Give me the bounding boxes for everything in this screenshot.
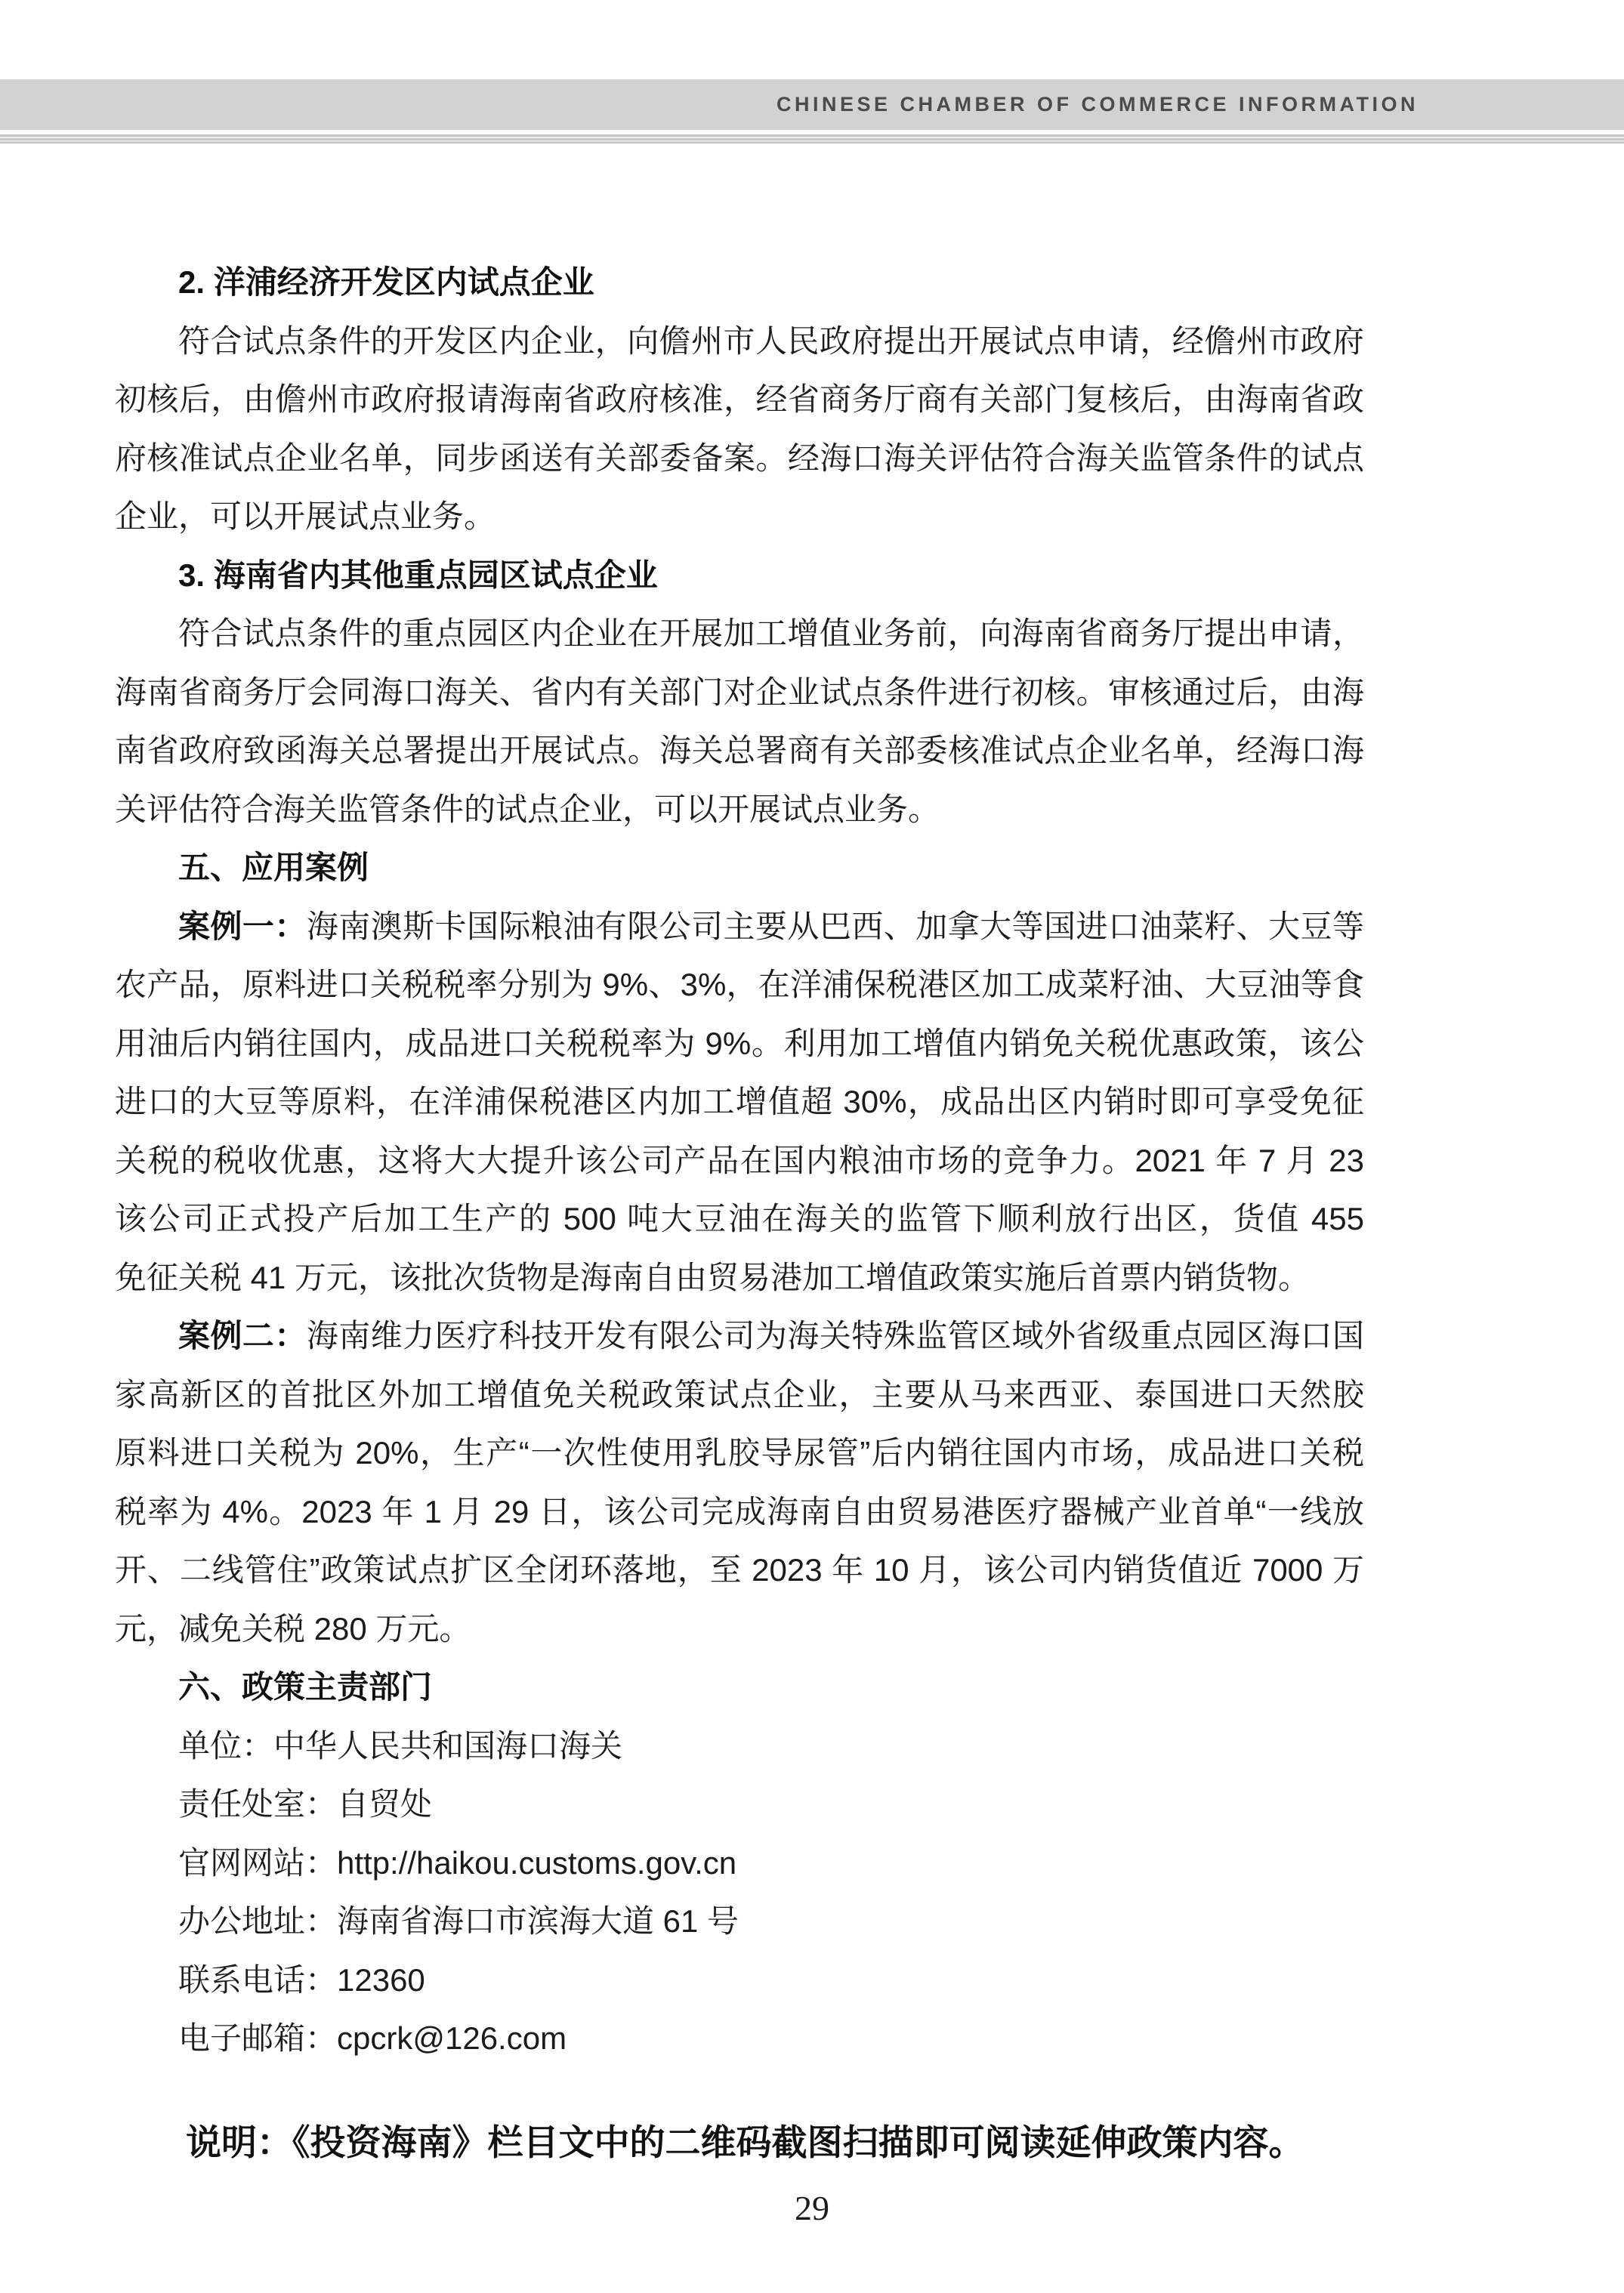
- text-segment: 海南维力医疗科技开发有限公司为海关特殊监管区域外省级重点园区海口国: [307, 1318, 1364, 1353]
- text-segment: 符合试点条件的重点园区内企业在开展加工增值业务前，向海南省商务厅提出申请，: [178, 616, 1364, 651]
- text-segment: 责任处室：自贸处: [178, 1786, 432, 1822]
- paragraph-line: 进口的大豆等原料，在洋浦保税港区内加工增值超 30%，成品出区内销时即可享受免征…: [115, 1072, 1364, 1131]
- contact-line-unit: 单位：中华人民共和国海口海关: [115, 1717, 1364, 1776]
- paragraph-line: 案例二：海南维力医疗科技开发有限公司为海关特殊监管区域外省级重点园区海口国: [115, 1307, 1364, 1366]
- contact-line-website: 官网网站：http://haikou.customs.gov.cn: [115, 1834, 1364, 1893]
- paragraph-line: 关税的税收优惠，这将大大提升该公司产品在国内粮油市场的竞争力。2021 年 7 …: [115, 1131, 1364, 1190]
- text-segment: 官网网站：http://haikou.customs.gov.cn: [178, 1845, 736, 1881]
- paragraph-line: 原料进口关税为 20%，生产“一次性使用乳胶导尿管”后内销往国内市场，成品进口关…: [115, 1424, 1364, 1483]
- paragraph-line: 该公司正式投产后加工生产的 500 吨大豆油在海关的监管下顺利放行出区，货值 4…: [115, 1190, 1364, 1248]
- paragraph-line: 海南省商务厅会同海口海关、省内有关部门对企业试点条件进行初核。审核通过后，由海: [115, 663, 1364, 722]
- text-segment: 五、应用案例: [178, 850, 369, 885]
- text-segment: 海南澳斯卡国际粮油有限公司主要从巴西、加拿大等国进口油菜籽、大豆等: [307, 909, 1364, 944]
- text-segment: 联系电话：12360: [178, 1962, 425, 1998]
- text-segment: 免征关税 41 万元，该批次货物是海南自由贸易港加工增值政策实施后首票内销货物。: [115, 1260, 1310, 1295]
- paragraph-line: 企业，可以开展试点业务。: [115, 487, 1364, 546]
- text-segment: 农产品，原料进口关税税率分别为 9%、3%，在洋浦保税港区加工成菜籽油、大豆油等…: [115, 967, 1364, 1002]
- section-heading-3: 3. 海南省内其他重点园区试点企业: [115, 546, 1364, 605]
- paragraph-line: 免征关税 41 万元，该批次货物是海南自由贸易港加工增值政策实施后首票内销货物。: [115, 1248, 1364, 1307]
- text-segment: 关税的税收优惠，这将大大提升该公司产品在国内粮油市场的竞争力。2021 年 7 …: [115, 1143, 1364, 1190]
- paragraph-line: 案例一：海南澳斯卡国际粮油有限公司主要从巴西、加拿大等国进口油菜籽、大豆等: [115, 897, 1364, 956]
- text-segment: 单位：中华人民共和国海口海关: [178, 1728, 622, 1764]
- paragraph-line: 税率为 4%。2023 年 1 月 29 日，该公司完成海南自由贸易港医疗器械产…: [115, 1483, 1364, 1542]
- text-block: 2. 洋浦经济开发区内试点企业符合试点条件的开发区内企业，向儋州市人民政府提出开…: [115, 253, 1364, 2068]
- text-segment: 办公地址：海南省海口市滨海大道 61 号: [178, 1903, 739, 1939]
- text-segment: 用油后内销往国内，成品进口关税税率为 9%。利用加工增值内销免关税优惠政策，该公…: [115, 1026, 1364, 1073]
- text-segment: 南省政府致函海关总署提出开展试点。海关总署商有关部委核准试点企业名单，经海口海: [115, 733, 1364, 768]
- text-segment: 进口的大豆等原料，在洋浦保税港区内加工增值超 30%，成品出区内销时即可享受免征…: [115, 1084, 1364, 1131]
- paragraph-line: 家高新区的首批区外加工增值免关税政策试点企业，主要从马来西亚、泰国进口天然胶乳，: [115, 1366, 1364, 1424]
- text-segment: 税率为 4%。2023 年 1 月 29 日，该公司完成海南自由贸易港医疗器械产…: [115, 1494, 1364, 1529]
- section-heading-2: 2. 洋浦经济开发区内试点企业: [115, 253, 1364, 312]
- text-segment: 该公司正式投产后加工生产的 500 吨大豆油在海关的监管下顺利放行出区，货值 4…: [115, 1201, 1364, 1248]
- text-segment: 原料进口关税为 20%，生产“一次性使用乳胶导尿管”后内销往国内市场，成品进口关…: [115, 1435, 1364, 1471]
- contact-line-address: 办公地址：海南省海口市滨海大道 61 号: [115, 1892, 1364, 1951]
- text-segment: 府核准试点企业名单，同步函送有关部委备案。经海口海关评估符合海关监管条件的试点: [115, 440, 1364, 476]
- section-heading-5: 五、应用案例: [115, 838, 1364, 897]
- document-page: CHINESE CHAMBER OF COMMERCE INFORMATION …: [0, 0, 1624, 2293]
- paragraph-line: 元，减免关税 280 万元。: [115, 1600, 1364, 1659]
- paragraph-line: 关评估符合海关监管条件的试点企业，可以开展试点业务。: [115, 780, 1364, 839]
- text-segment: 3. 海南省内其他重点园区试点企业: [178, 557, 658, 593]
- text-segment: 六、政策主责部门: [178, 1669, 432, 1705]
- text-segment: 电子邮箱：cpcrk@126.com: [178, 2020, 567, 2056]
- text-segment: 企业，可以开展试点业务。: [115, 498, 496, 534]
- text-segment: 案例二：: [178, 1318, 307, 1353]
- paragraph-line: 符合试点条件的重点园区内企业在开展加工增值业务前，向海南省商务厅提出申请，: [115, 604, 1364, 663]
- paragraph-line: 开、二线管住”政策试点扩区全闭环落地，至 2023 年 10 月，该公司内销货值…: [115, 1541, 1364, 1600]
- text-segment: 海南省商务厅会同海口海关、省内有关部门对企业试点条件进行初核。审核通过后，由海: [115, 674, 1364, 710]
- footer-note: 说明：《投资海南》栏目文中的二维码截图扫描即可阅读延伸政策内容。: [115, 2113, 1364, 2172]
- paragraph-line: 符合试点条件的开发区内企业，向儋州市人民政府提出开展试点申请，经儋州市政府: [115, 312, 1364, 371]
- text-segment: 符合试点条件的开发区内企业，向儋州市人民政府提出开展试点申请，经儋州市政府: [178, 323, 1364, 359]
- text-segment: 2. 洋浦经济开发区内试点企业: [178, 264, 594, 300]
- paragraph-line: 府核准试点企业名单，同步函送有关部委备案。经海口海关评估符合海关监管条件的试点: [115, 429, 1364, 488]
- contact-line-office: 责任处室：自贸处: [115, 1775, 1364, 1834]
- text-segment: 开、二线管住”政策试点扩区全闭环落地，至 2023 年 10 月，该公司内销货值…: [115, 1552, 1364, 1588]
- section-heading-6: 六、政策主责部门: [115, 1658, 1364, 1717]
- paragraph-line: 农产品，原料进口关税税率分别为 9%、3%，在洋浦保税港区加工成菜籽油、大豆油等…: [115, 955, 1364, 1014]
- paragraph-line: 用油后内销往国内，成品进口关税税率为 9%。利用加工增值内销免关税优惠政策，该公…: [115, 1014, 1364, 1073]
- text-segment: 元，减免关税 280 万元。: [115, 1611, 471, 1646]
- paragraph-line: 初核后，由儋州市政府报请海南省政府核准，经省商务厅商有关部门复核后，由海南省政: [115, 370, 1364, 429]
- text-segment: 案例一：: [178, 909, 307, 944]
- header-stripes-divider: [0, 134, 1624, 144]
- text-segment: 关评估符合海关监管条件的试点企业，可以开展试点业务。: [115, 792, 940, 827]
- contact-line-email: 电子邮箱：cpcrk@126.com: [115, 2009, 1364, 2068]
- header-band: CHINESE CHAMBER OF COMMERCE INFORMATION: [0, 79, 1624, 130]
- paragraph-line: 南省政府致函海关总署提出开展试点。海关总署商有关部委核准试点企业名单，经海口海: [115, 721, 1364, 780]
- text-segment: 初核后，由儋州市政府报请海南省政府核准，经省商务厅商有关部门复核后，由海南省政: [115, 381, 1364, 417]
- header-band-title: CHINESE CHAMBER OF COMMERCE INFORMATION: [776, 93, 1419, 116]
- text-segment: 家高新区的首批区外加工增值免关税政策试点企业，主要从马来西亚、泰国进口天然胶乳，: [115, 1377, 1364, 1424]
- page-number: 29: [0, 2188, 1624, 2228]
- contact-line-phone: 联系电话：12360: [115, 1951, 1364, 2010]
